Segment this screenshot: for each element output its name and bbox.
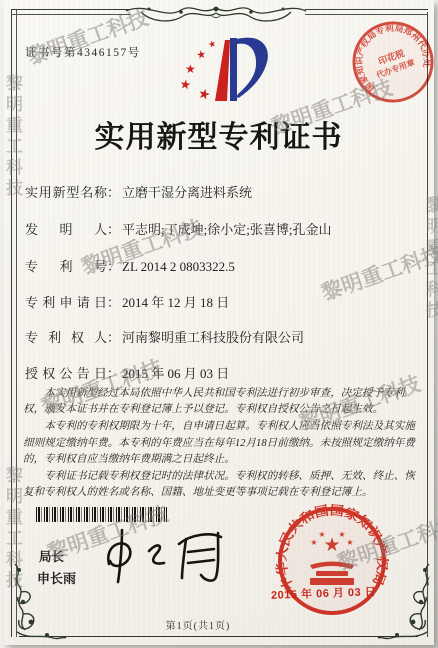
certificate-number: 证书号第4346157号 [25,44,141,60]
field-value: 河南黎明重工科技股份有限公司 [122,330,304,345]
svg-text:★: ★ [310,538,317,547]
field-utility-model-name: 实用新型名称：立磨干湿分离进料系统 [25,182,252,201]
border-bottom-line [19,636,418,637]
corner-ornament-left-icon [9,562,67,642]
field-label: 专利申请日 [25,292,107,311]
field-value: ZL 2014 2 0803322.5 [122,259,235,274]
border-top-left-line [11,9,131,15]
certificate-paper: 证书号第4346157号 ★ ★ ★ ★ ★ 国家知识产权局专利局郑州代办处 印… [3,0,434,645]
legal-paragraph-1: 本实用新型经过本局依照中华人民共和国专利法进行初步审查，决定授予专利权，颁发本证… [23,386,423,418]
svg-text:★: ★ [207,39,217,51]
field-label: 实用新型名称 [25,182,107,201]
certificate-photo: 证书号第4346157号 ★ ★ ★ ★ ★ 国家知识产权局专利局郑州代办处 印… [0,0,438,648]
field-value: 2015 年 06 月 03 日 [122,366,229,381]
svg-text:★: ★ [346,538,353,547]
field-label: 授权公告日 [25,363,107,382]
page-footer: 第1页(共1页) [143,617,253,632]
field-label: 专利号 [25,256,107,275]
legal-paragraph-2: 本专利的专利权期限为十年，自申请日起算。专利权人应当依照专利法及其实施细则规定缴… [23,419,423,468]
svg-text:★: ★ [196,85,212,104]
field-label: 发明人 [25,219,107,238]
field-value: 平志明;丁成坤;徐小定;张喜博;孔金山 [122,222,331,237]
border-frame-right [427,12,430,637]
director-signature [91,520,241,592]
field-grant-date: 授权公告日：2015 年 06 月 03 日 [25,363,229,382]
field-filing-date: 专利申请日：2014 年 12 月 18 日 [25,292,229,311]
field-inventors: 发明人：平志明;丁成坤;徐小定;张喜博;孔金山 [25,219,331,238]
svg-text:★: ★ [178,77,192,93]
svg-text:★: ★ [195,47,207,62]
field-patent-number: 专利号：ZL 2014 2 0803322.5 [25,256,235,275]
svg-text:★: ★ [185,62,196,76]
border-frame-left [11,10,17,637]
legal-paragraph-3: 专利证书记载专利权登记时的法律状况。专利权的转移、质押、无效、终止、恢复和专利权… [23,469,423,501]
top-floral-ornament-icon [121,0,311,26]
sipo-logo-icon: ★ ★ ★ ★ ★ [175,31,271,109]
svg-text:★: ★ [318,530,325,539]
field-value: 立磨干湿分离进料系统 [122,185,252,200]
field-patentee: 专利权人：河南黎明重工科技股份有限公司 [25,327,304,346]
legal-text-block: 本实用新型经过本局依照中华人民共和国专利法进行初步审查，决定授予专利权，颁发本证… [23,386,423,502]
svg-text:★: ★ [338,530,345,539]
field-value: 2014 年 12 月 18 日 [122,295,229,310]
field-label: 专利权人 [25,327,107,346]
certificate-title: 实用新型专利证书 [3,112,434,156]
agency-stamp: 国家知识产权局专利局郑州代办处 印花税 代办专用章 [339,8,438,116]
